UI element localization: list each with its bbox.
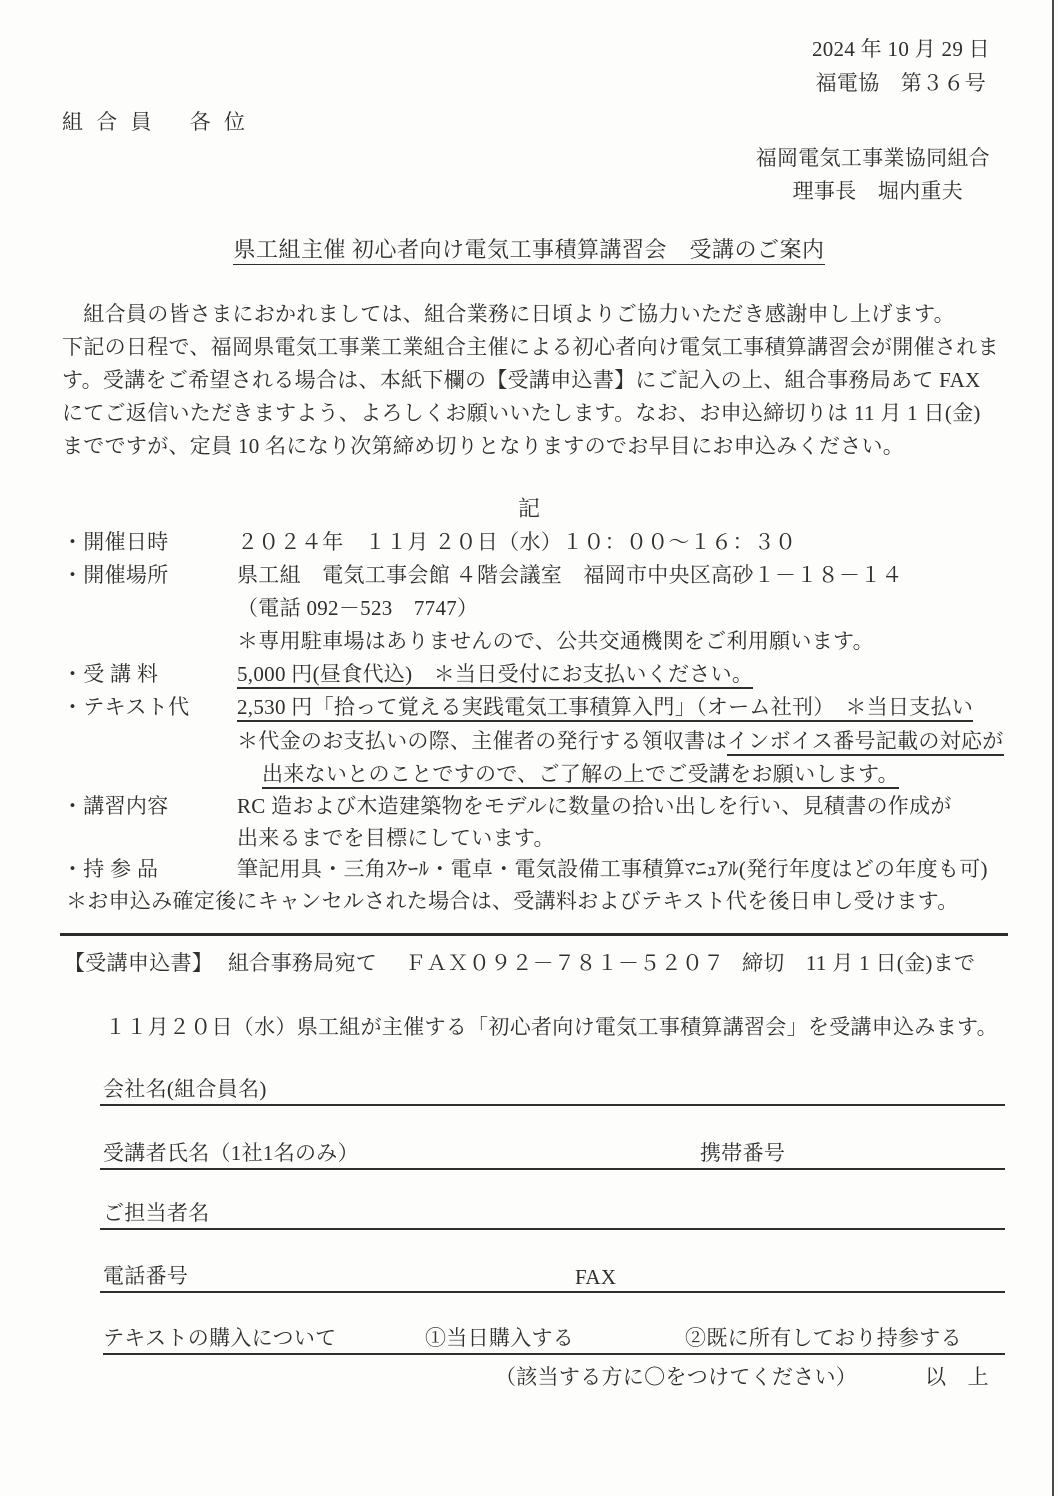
body-line: までですが、定員 10 名になり次第締め切りとなりますのでお早目にお申込みくださ… xyxy=(62,431,1007,461)
detail-value-underlined: 5,000 円(昼食代込) ＊当日受付にお支払いください。 xyxy=(237,662,753,689)
form-field-textbook-option: テキストの購入について ①当日購入する ②既に所有しており持参する xyxy=(103,1321,1005,1355)
detail-row-curriculum: ・講習内容RC 造および木造建築物をモデルに数量の拾い出しを行い、見積書の作成が xyxy=(62,791,952,821)
body-line: 下記の日程で、福岡県電気工事業工業組合主催による初心者向け電気工事積算講習会が開… xyxy=(62,332,1007,362)
detail-cancel-note: ＊お申込み確定後にキャンセルされた場合は、受講料およびテキスト代を後日申し受けま… xyxy=(66,886,959,916)
detail-parking-note: ＊専用駐車場はありませんので、公共交通機関をご利用願います。 xyxy=(237,626,874,656)
detail-label: ・テキスト代 xyxy=(62,692,237,722)
ki-heading: 記 xyxy=(0,492,1058,523)
form-statement: １１月２０日（水）県工組が主催する「初心者向け電気工事積算講習会」を受講申込みま… xyxy=(105,1012,998,1042)
detail-label: ・受 講 料 xyxy=(62,659,237,689)
form-field-phone: 電話番号 FAX xyxy=(100,1259,1005,1293)
detail-value-underlined: 2,530 円「拾って覚える実践電気工事積算入門」（オーム社刊） ＊当日支払い xyxy=(237,695,973,722)
form-deadline: 締切 11 月 1 日(金)まで xyxy=(742,948,975,978)
fax-field-label: FAX xyxy=(575,1265,616,1290)
textbook-option1-label: ①当日購入する xyxy=(425,1322,574,1352)
form-fax-number: ＦＡＸ０９２－７８１－５２０７ xyxy=(405,948,725,978)
detail-venue-phone: （電話 092－523 7747） xyxy=(237,593,478,623)
document-title-text: 県工組主催 初心者向け電気工事積算講習会 受講のご案内 xyxy=(233,237,824,265)
detail-row-bring: ・持 参 品筆記用具・三角ｽｹｰﾙ・電卓・電気設備工事積算ﾏﾆｭｱﾙ(発行年度は… xyxy=(62,854,988,884)
body-line: にてご返信いただきますよう、よろしくお願いいたします。なお、お申込締切りは 11… xyxy=(62,398,1007,428)
organization-name: 福岡電気工事業協同組合 xyxy=(756,143,990,173)
detail-invoice-note: ＊代金のお支払いの際、主催者の発行する領収書はインボイス番号記載の対応が xyxy=(237,726,1004,756)
form-addressee: 組合事務局宛て xyxy=(228,948,377,978)
circle-instruction: （該当する方に〇をつけてください） xyxy=(495,1362,857,1392)
detail-label: ・開催日時 xyxy=(62,527,237,557)
attendee-field-label: 受講者氏名（1社1名のみ） xyxy=(103,1137,359,1167)
detail-label: ・講習内容 xyxy=(62,791,237,821)
detail-label: ・開催場所 xyxy=(62,560,237,590)
representative-name: 理事長 堀内重夫 xyxy=(793,176,963,206)
document-page: 2024 年 10 月 29 日 福電協 第３６号 組 合 員 各 位 福岡電気… xyxy=(0,0,1058,1496)
section-divider xyxy=(60,933,1008,936)
detail-curriculum-line2: 出来るまでを目標にしています。 xyxy=(237,823,555,853)
detail-row-datetime: ・開催日時２０２４年 １１月 ２０日（水）１０：００～１６：３０ xyxy=(62,527,796,557)
detail-value: RC 造および木造建築物をモデルに数量の拾い出しを行い、見積書の作成が xyxy=(237,794,952,818)
scan-artifact-line xyxy=(1052,0,1054,1496)
detail-row-textbook: ・テキスト代2,530 円「拾って覚える実践電気工事積算入門」（オーム社刊） ＊… xyxy=(62,692,973,722)
form-title: 【受講申込書】 xyxy=(64,948,213,978)
document-title: 県工組主催 初心者向け電気工事積算講習会 受講のご案内 xyxy=(0,233,1058,264)
detail-value: 県工組 電気工事会館 ４階会議室 福岡市中央区高砂１－１８－１４ xyxy=(237,563,903,587)
contact-field-label: ご担当者名 xyxy=(103,1197,210,1227)
mobile-field-label: 携帯番号 xyxy=(700,1137,785,1167)
invoice-note-line2-underlined: 出来ないとのことですので、ご了解の上でご受講をお願いします。 xyxy=(262,762,899,789)
closing-mark: 以 上 xyxy=(925,1362,989,1392)
detail-label: ・持 参 品 xyxy=(62,854,237,884)
recipient-line: 組 合 員 各 位 xyxy=(62,107,249,137)
textbook-option2-label: ②既に所有しており持参する xyxy=(685,1322,962,1352)
invoice-note-underlined: インボイス番号記載の対応が xyxy=(727,729,1004,756)
textbook-question-label: テキストの購入について xyxy=(103,1322,336,1352)
detail-row-fee: ・受 講 料5,000 円(昼食代込) ＊当日受付にお支払いください。 xyxy=(62,659,753,689)
body-line: 組合員の皆さまにおかれましては、組合業務に日頃よりご協力いただき感謝申し上げます… xyxy=(62,299,1007,329)
invoice-note-plain: ＊代金のお支払いの際、主催者の発行する領収書は xyxy=(237,729,727,753)
form-field-attendee: 受講者氏名（1社1名のみ） 携帯番号 xyxy=(100,1136,1005,1170)
detail-invoice-note-line2: 出来ないとのことですので、ご了解の上でご受講をお願いします。 xyxy=(262,759,899,789)
phone-field-label: 電話番号 xyxy=(103,1260,188,1290)
form-field-contact: ご担当者名 xyxy=(100,1196,1005,1230)
detail-value: 筆記用具・三角ｽｹｰﾙ・電卓・電気設備工事積算ﾏﾆｭｱﾙ(発行年度はどの年度も可… xyxy=(237,857,988,881)
form-field-company: 会社名(組合員名) xyxy=(100,1072,1005,1106)
body-line: す。受講をご希望される場合は、本紙下欄の【受講申込書】にご記入の上、組合事務局あ… xyxy=(62,365,1007,395)
detail-row-venue: ・開催場所県工組 電気工事会館 ４階会議室 福岡市中央区高砂１－１８－１４ xyxy=(62,560,903,590)
doc-number: 福電協 第３６号 xyxy=(816,68,986,98)
letter-date: 2024 年 10 月 29 日 xyxy=(812,34,990,64)
detail-value: ２０２４年 １１月 ２０日（水）１０：００～１６：３０ xyxy=(237,530,796,554)
company-field-label: 会社名(組合員名) xyxy=(103,1073,267,1103)
